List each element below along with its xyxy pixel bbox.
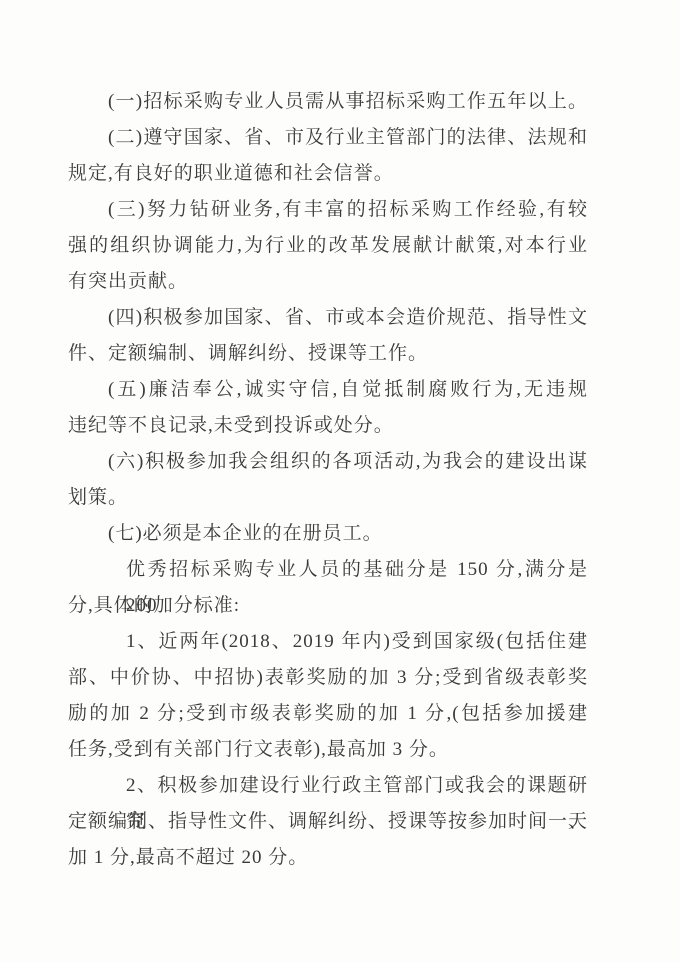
paragraph-line-rule1-mid1: 部、中价协、中招协)表彰奖励的加 3 分;受到省级表彰奖 — [68, 660, 588, 696]
paragraph-line-item5-end: 违纪等不良记录,未受到投诉或处分。 — [68, 408, 588, 444]
paragraph-line-item2-end: 规定,有良好的职业道德和社会信誉。 — [68, 156, 588, 192]
paragraph-line-item7: (七)必须是本企业的在册员工。 — [68, 516, 588, 552]
paragraph-line-basescore-end: 分,具体的加分标准: — [68, 588, 588, 624]
paragraph-line-item4-start: (四)积极参加国家、省、市或本会造价规范、指导性文 — [68, 300, 588, 336]
paragraph-line-item3-mid: 强的组织协调能力,为行业的改革发展献计献策,对本行业 — [68, 228, 588, 264]
paragraph-line-rule2-start: 2、积极参加建设行业行政主管部门或我会的课题研究、 — [68, 768, 588, 804]
paragraph-line-rule1-start: 1、近两年(2018、2019 年内)受到国家级(包括住建 — [68, 624, 588, 660]
paragraph-line-basescore-start: 优秀招标采购专业人员的基础分是 150 分,满分是 200 — [68, 552, 588, 588]
paragraph-line-item5-start: (五)廉洁奉公,诚实守信,自觉抵制腐败行为,无违规 — [68, 372, 588, 408]
paragraph-line-item1: (一)招标采购专业人员需从事招标采购工作五年以上。 — [68, 84, 588, 120]
paragraph-line-item3-start: (三)努力钻研业务,有丰富的招标采购工作经验,有较 — [68, 192, 588, 228]
document-text-block: (一)招标采购专业人员需从事招标采购工作五年以上。 (二)遵守国家、省、市及行业… — [68, 84, 588, 876]
scanned-document-page: (一)招标采购专业人员需从事招标采购工作五年以上。 (二)遵守国家、省、市及行业… — [0, 0, 680, 962]
paragraph-line-item2-start: (二)遵守国家、省、市及行业主管部门的法律、法规和 — [68, 120, 588, 156]
paragraph-line-item6-start: (六)积极参加我会组织的各项活动,为我会的建设出谋 — [68, 444, 588, 480]
paragraph-line-rule1-mid2: 励的加 2 分;受到市级表彰奖励的加 1 分,(包括参加援建 — [68, 696, 588, 732]
paragraph-line-rule2-mid: 定额编制、指导性文件、调解纠纷、授课等按参加时间一天 — [68, 804, 588, 840]
paragraph-line-item6-end: 划策。 — [68, 480, 588, 516]
paragraph-line-rule2-end: 加 1 分,最高不超过 20 分。 — [68, 840, 588, 876]
paragraph-line-item3-end: 有突出贡献。 — [68, 264, 588, 300]
paragraph-line-item4-end: 件、定额编制、调解纠纷、授课等工作。 — [68, 336, 588, 372]
paragraph-line-rule1-end: 任务,受到有关部门行文表彰),最高加 3 分。 — [68, 732, 588, 768]
